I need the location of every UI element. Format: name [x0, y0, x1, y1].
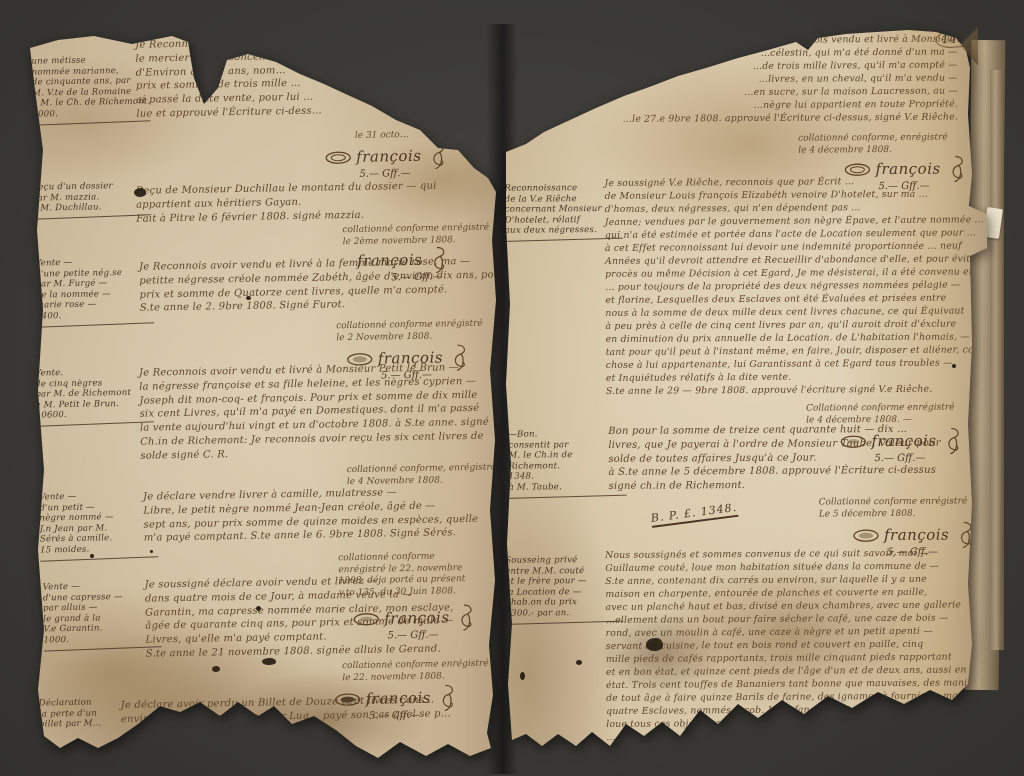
ink-speck [520, 672, 525, 680]
text-line: …le 27.e 9bre 1808. approuvé l'Écriture … [538, 111, 958, 127]
text-line: collationné conforme, enrégistré [798, 133, 947, 146]
signature-flourish [954, 520, 974, 548]
collation-note: Collationné conforme enrégistréLe 5 déce… [819, 496, 968, 520]
text-line: à M. Duchillau. [32, 202, 136, 214]
ink-speck [576, 660, 582, 665]
text-line: … me payera … [606, 728, 974, 744]
notary-stamp-mark [325, 150, 351, 163]
text-line: Collationné conforme enrégistré [819, 496, 967, 509]
entry-margin-note: Vente —d'une petite nég.separ M. Furgé —… [35, 257, 140, 326]
signature-block: françois 5.— Gff.— [325, 141, 476, 181]
text-line: 1400. [36, 310, 140, 322]
notary-stamp-mark [844, 163, 870, 176]
text-line: à S.te anne le 5 décembre 1808. approuvé… [608, 464, 940, 480]
right-page-paper: 146. …vois vendu et livré à Monsieur…cél… [500, 24, 990, 772]
text-line: Richemont. [508, 461, 612, 472]
entry-body: Je Reconnois avoir …le mercier de Maison… [135, 36, 322, 122]
text-line: le mercier de Maisoncelle, … [135, 49, 321, 66]
ink-blot [646, 638, 663, 651]
notary-stamp-mark [853, 529, 879, 542]
text-line: et le frère pour — [505, 576, 609, 587]
ink-speck [90, 554, 94, 558]
bon-amount-note: B. P. £. 1348. [650, 501, 738, 528]
text-line: de la V.e Riêche [505, 194, 609, 205]
text-line: loue tous ces objets mentionnés ci-… con… [606, 715, 974, 731]
francois-signature: françois [884, 526, 949, 544]
text-line: l'hab.on du prix [505, 597, 609, 608]
text-line: à M. le Ch. de Richemont. [32, 97, 136, 109]
text-line: de tout âge à faire quinze Barils de far… [606, 689, 974, 705]
text-line: 1000. [44, 634, 148, 646]
text-line: livres, que Je payerai à l'ordre de Mons… [608, 436, 940, 452]
ink-speck [150, 550, 153, 553]
text-line: la Location de — [505, 587, 609, 598]
collation-note: collationné conforme enrégistréle 22. no… [342, 659, 489, 685]
ink-speck [246, 296, 251, 300]
entry-body: Je soussigné déclare avoir vendu et livr… [145, 573, 455, 661]
text-line: lue et approuvé l'Écriture ci-dess… [136, 104, 322, 121]
collation-note: collationné conforme enrégistréle 2 Nove… [336, 319, 483, 345]
text-line: chose à lui appartenante, lui Garantissa… [606, 356, 972, 372]
left-page: une métissenommée marianne,de cinquante … [24, 30, 498, 776]
entry-body: Reçu de Monsieur Duchillau le montant du… [136, 180, 438, 227]
page-stack-edge [990, 70, 1004, 650]
signature-flourish [426, 141, 446, 169]
text-line: 3000. [32, 108, 136, 120]
text-line: signée ch.in R… [121, 735, 451, 755]
entry-margin-note: Vente —d'une capresse —par alluis —le gr… [43, 581, 148, 650]
entry-margin-note: Reconnoissancede la V.e Riêcheconcernant… [504, 183, 608, 241]
text-line: aux deux négresses. [505, 225, 609, 236]
text-line: de Monsieur Louis françois Elizabéth ven… [605, 187, 971, 203]
text-line: par M. de Richemont [35, 388, 139, 400]
text-line: à M. Taube. [509, 482, 613, 493]
ink-blot [262, 658, 276, 665]
francois-signature: françois [356, 147, 422, 166]
text-line: Collationné conforme enrégistré [806, 403, 954, 416]
ink-blot [134, 188, 146, 197]
right-page: 146. …vois vendu et livré à Monsieur…cél… [500, 24, 990, 772]
signature-flourish [941, 426, 961, 454]
ink-blot [212, 666, 220, 672]
entry-margin-note: —Bon.consentit parM. le Ch.in deRichemon… [508, 429, 612, 497]
ink-speck [256, 606, 261, 611]
text-line: 10600. [36, 409, 140, 421]
fragment-body: …vois vendu et livré à Monsieur…célestin… [537, 33, 958, 127]
entry-body: Je soussigné V.e Riêche, reconnois que p… [604, 174, 972, 398]
entry-margin-note: Sousseing privéentre M.M. coutéet le frè… [505, 555, 609, 623]
text-line: 3300.- par an. [505, 608, 609, 619]
text-line: signé ch.in de Richemont. [609, 478, 941, 494]
text-line: concernant Monsieur [505, 204, 609, 215]
signature-paraph: 5.— Gff.— [359, 167, 475, 180]
collation-note: le 31 octo… [355, 130, 409, 142]
text-line: Sousseing privé [505, 555, 609, 566]
entry-margin-note: une métissenommée marianne,de cinquante … [31, 55, 136, 124]
text-line: —Bon. [508, 429, 612, 440]
text-line: Je Reconnois avoir … [135, 36, 321, 53]
text-line: quatre Esclaves, nommés Jacob. Jolly, fa… [606, 702, 974, 718]
left-page-paper: une métissenommée marianne,de cinquante … [24, 30, 498, 776]
right-page-content: 146. …vois vendu et livré à Monsieur…cél… [497, 22, 992, 773]
entry-body: Je déclare avoir perdu un Billet de Douz… [121, 693, 452, 754]
entry-margin-note: Vente.de cinq nègrespar M. de Richemontà… [35, 367, 140, 426]
text-line: M. le Ch.in de [508, 450, 612, 461]
text-line: Reconnoissance [504, 183, 608, 194]
entry-body: Je déclare vendre livrer à camille, mula… [143, 485, 479, 546]
entry-margin-note: Vente —d'un petit —nègre nommé —J.n Jean… [39, 491, 144, 560]
signature-flourish [454, 603, 474, 631]
ink-speck [952, 364, 956, 368]
text-line: S.te anne le 29 — 9bre 1808. approuvé l'… [606, 382, 972, 398]
text-line: entre M.M. couté [505, 566, 609, 577]
text-line: Le 5 décembre 1808. [819, 508, 967, 521]
collation-note: collationné conforme, enrégistréle 4 déc… [798, 133, 948, 157]
text-line: le 31 octo… [355, 130, 409, 142]
entry-body: Je Reconnois avoir vendu et livré à la f… [139, 254, 506, 316]
manuscript-scan: { "colors": { "background": "#3b3a36", "… [0, 0, 1024, 776]
text-line: consentit par [508, 440, 612, 451]
entry-margin-note: Reçu d'un dossierpar M. mazzia.à M. Duch… [32, 181, 137, 219]
text-line: 1348. [509, 471, 613, 482]
entry-body: Bon pour la somme de treize cent quarant… [608, 423, 941, 494]
entry-body: Je Reconnois avoir vendu et livré à Mons… [139, 361, 490, 464]
